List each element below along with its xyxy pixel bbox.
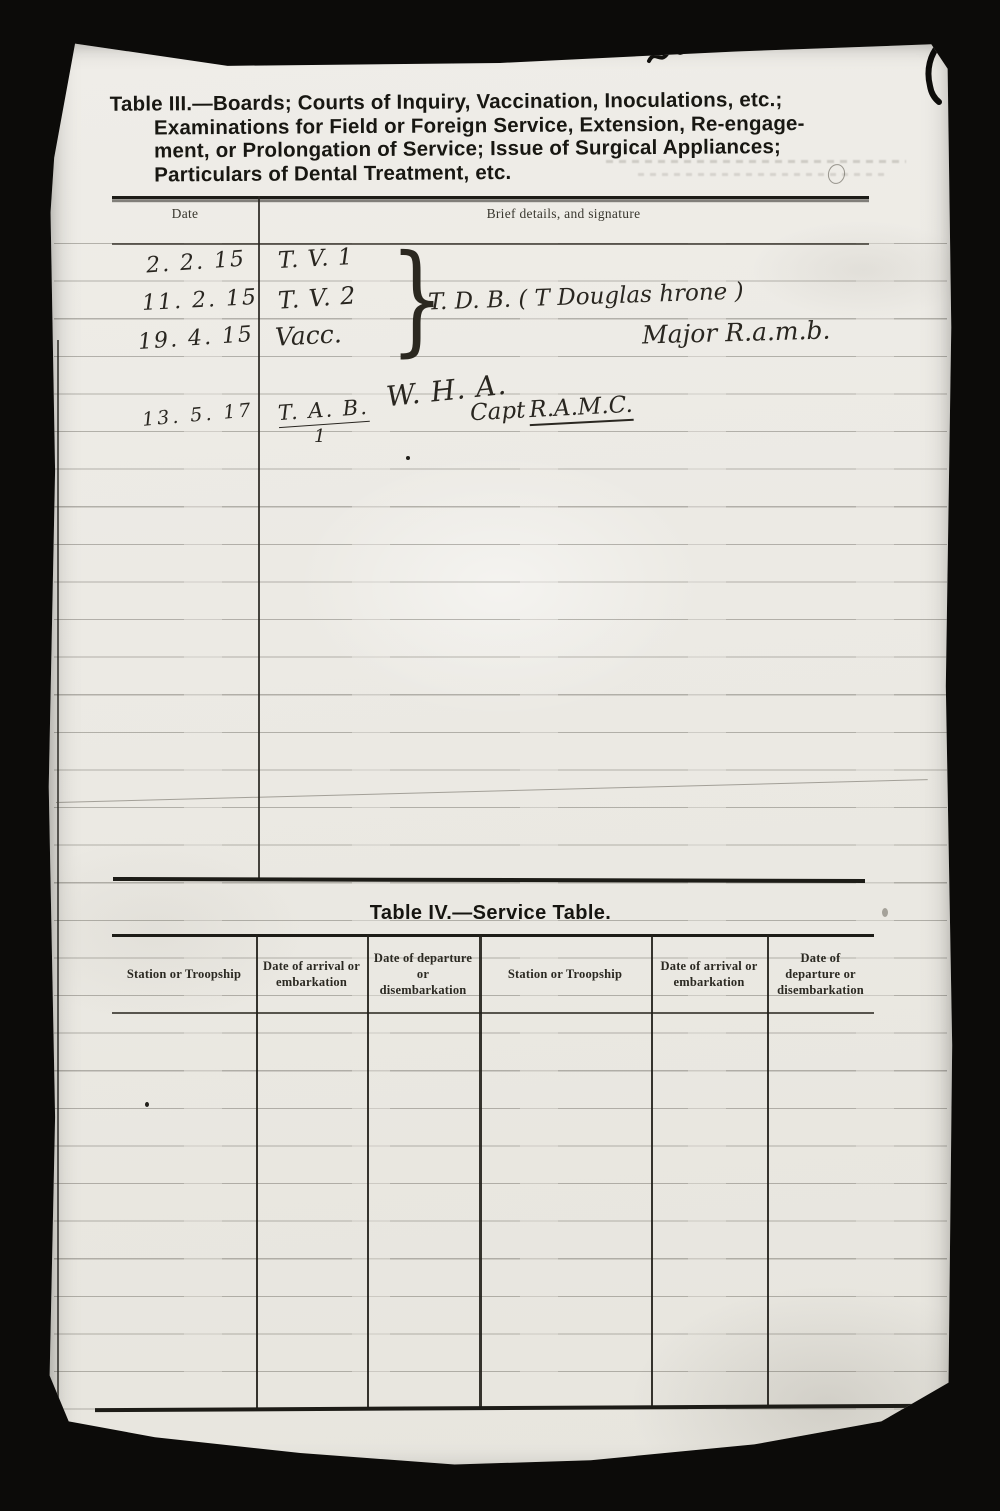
table3-title: Table III.—Boards; Courts of Inquiry, Va… (110, 87, 911, 187)
table4-col4-header: Station or Troopship (479, 938, 651, 1010)
table4-header-underline (112, 1012, 874, 1014)
table3-title-line4: Particulars of Dental Treatment, etc. (154, 158, 910, 187)
small-smudge-mark (882, 908, 888, 917)
table4-col1-header: Station or Troopship (112, 938, 256, 1010)
table4-column-divider (256, 934, 258, 1408)
ink-dot (145, 1102, 149, 1107)
table4-column-divider (367, 934, 369, 1408)
table4-col5-header: Date of arrival or embarkation (651, 938, 767, 1010)
table4-title: Table IV.—Service Table. (112, 902, 869, 925)
table3-top-border (112, 196, 869, 199)
table4-center-divider (479, 934, 482, 1408)
table3-header-underline (112, 243, 869, 245)
ink-dot (406, 456, 410, 460)
rank-corps: R.A.M.C. (529, 392, 634, 426)
table4-column-divider (767, 934, 769, 1408)
entry3-details-handwriting: Vacc. (274, 319, 342, 351)
rank-word: Capt (469, 397, 526, 426)
table4-top-border (112, 934, 874, 937)
table4-column-divider (651, 934, 653, 1408)
table3-date-column-header: Date (112, 206, 258, 222)
table4-col3-header: Date of departure or disembarkation (367, 938, 479, 1010)
table3-column-divider (258, 196, 260, 880)
table4-col2-header: Date of arrival or embarkation (256, 938, 367, 1010)
scan-background: { "document": { "table3": { "title_lines… (0, 0, 1000, 1511)
table3-details-column-header: Brief details, and signature (258, 206, 869, 222)
entry1-details-handwriting: T. V. 1 (277, 244, 354, 274)
entry2-details-handwriting: T. V. 2 (277, 281, 357, 314)
signature-note-line2: Major R.a.m.b. (642, 316, 831, 350)
ink-squiggle-mark (646, 46, 686, 68)
scanned-page: Table III.—Boards; Courts of Inquiry, Va… (46, 40, 954, 1476)
binding-fold-line (57, 340, 59, 1452)
entry4-dose-number: 1 (314, 426, 325, 447)
table4-col6-header: Date of departure or disembarkation (767, 938, 874, 1010)
